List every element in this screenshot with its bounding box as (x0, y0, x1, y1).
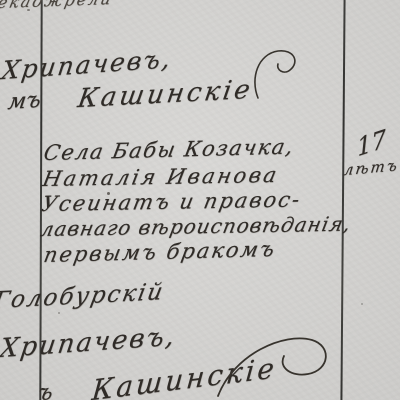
handwriting-fragment-top: екаджрели (0, 0, 115, 12)
signature-clerk-top: Кашинскіе (76, 75, 255, 114)
ink-speck (107, 192, 110, 195)
ink-speck (361, 303, 363, 305)
signature-clerk-top-prefix: мъ (6, 88, 42, 116)
ink-speck (27, 9, 30, 11)
ink-speck (214, 247, 216, 249)
signature-priest-top: Хрипачевъ, (0, 44, 174, 85)
ink-speck (58, 312, 60, 314)
entry-body-line: Села Бабы Козачка, (42, 134, 297, 165)
entry-body-line: Наталія Иванова (41, 163, 281, 191)
entry-body-line: первымъ бракомъ (42, 237, 279, 267)
margin-note: Голобурскій (0, 279, 167, 314)
age-unit: лѣтъ (343, 156, 400, 179)
signature-flourish-bottom (212, 330, 342, 400)
signature-flourish-top (248, 48, 308, 100)
register-scan-page: екаджрели Хрипачевъ, мъ Кашинскіе Села Б… (0, 0, 400, 400)
signature-priest-bottom: Хрипачевъ, (0, 322, 178, 365)
entry-body-line: Усеинатъ и правос- (40, 187, 304, 216)
signature-clerk-bottom-prefix: ъ (36, 380, 54, 400)
entry-body-line: лавнаго вѣроисповѣданія, (39, 212, 354, 241)
